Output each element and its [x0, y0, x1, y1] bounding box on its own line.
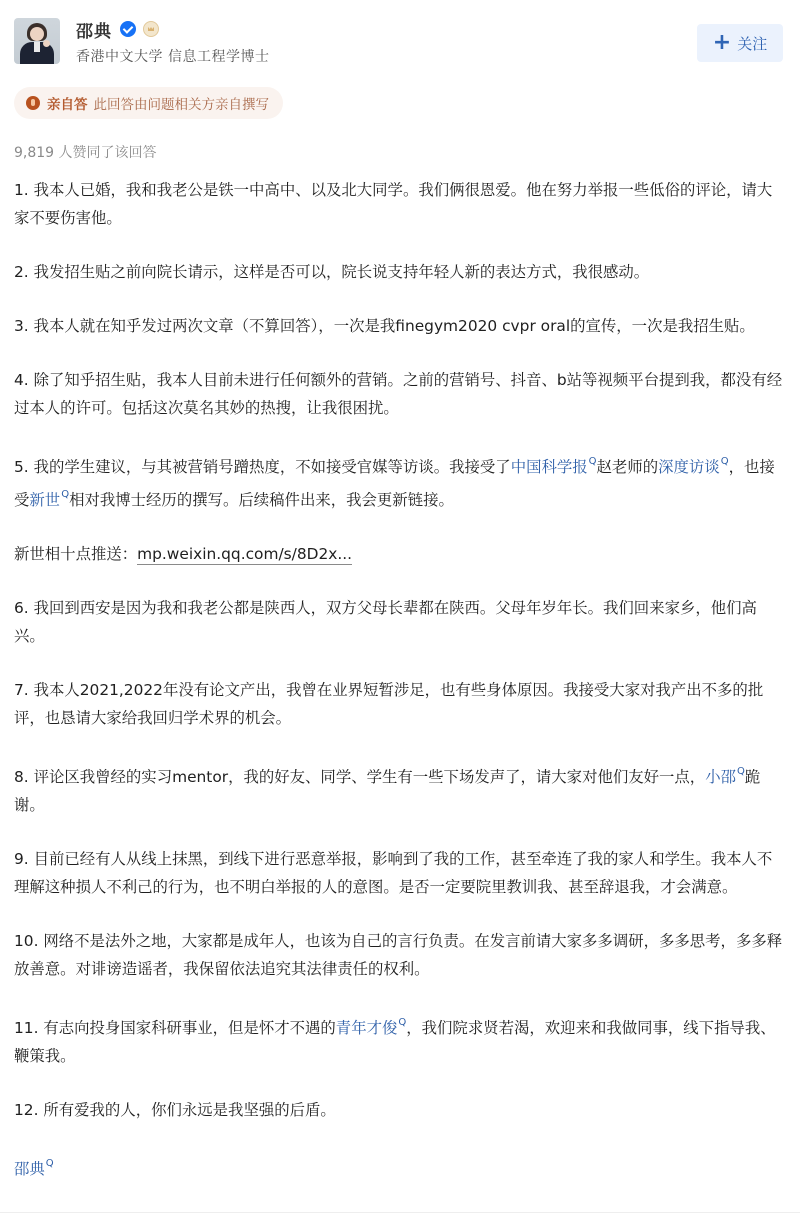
paragraph-2: 2. 我发招生贴之前向院长请示，这样是否可以，院长说支持年轻人新的表达方式，我很…: [14, 258, 786, 286]
link-xiaoshao[interactable]: 小邵Q: [705, 768, 745, 786]
paragraph-7: 7. 我本人2021,2022年没有论文产出，我曾在业界短暂涉足，也有些身体原因…: [14, 676, 786, 732]
paragraph-6: 6. 我回到西安是因为我和我老公都是陕西人，双方父母长辈都在陕西。父母年岁年长。…: [14, 594, 786, 650]
avatar-face: [30, 27, 44, 41]
p11-text-a: 11. 有志向投身国家科研事业，但是怀才不遇的: [14, 1019, 336, 1037]
link-zhongguo-kexuebao[interactable]: 中国科学报Q: [511, 458, 597, 476]
link-xinshi[interactable]: 新世Q: [29, 491, 69, 509]
self-answer-tag: 亲自答: [47, 93, 88, 113]
search-icon: Q: [46, 1158, 54, 1169]
verified-badge-icon: [120, 21, 136, 37]
link-text: 青年才俊: [336, 1019, 398, 1037]
author-headline: 香港中文大学 信息工程学博士: [76, 46, 269, 66]
search-icon: Q: [589, 456, 597, 467]
link-qingnian-caijun[interactable]: 青年才俊Q: [336, 1019, 406, 1037]
link-text: 中国科学报: [511, 458, 588, 476]
link-text: 深度访谈: [658, 458, 720, 476]
crown-badge-icon: [143, 21, 159, 37]
author-name[interactable]: 邵典: [76, 17, 112, 42]
paragraph-9: 9. 目前已经有人从线上抹黑，到线下进行恶意举报，影响到了我的工作，甚至牵连了我…: [14, 845, 786, 901]
paragraph-5: 5. 我的学生建议，与其被营销号蹭热度，不如接受官媒等访谈。我接受了中国科学报Q…: [14, 448, 786, 514]
avatar-hand: [43, 40, 50, 47]
author-header: 邵典 香港中文大学 信息工程学博士: [14, 18, 786, 70]
p5-text-b: 赵老师的: [597, 458, 659, 476]
p8-text-a: 8. 评论区我曾经的实习mentor，我的好友、同学、学生有一些下场发声了，请大…: [14, 768, 705, 786]
link-shendu-fangtan[interactable]: 深度访谈Q: [658, 458, 728, 476]
link-text: 新世: [29, 491, 60, 509]
follow-label: 关注: [737, 33, 767, 54]
p5-text-d: 相对我博士经历的撰写。后续稿件出来，我会更新链接。: [69, 491, 454, 509]
search-icon: Q: [721, 456, 729, 467]
paragraph-1: 1. 我本人已婚，我和我老公是铁一中高中、以及北大同学。我们俩很恩爱。他在努力举…: [14, 176, 786, 232]
link-text: 小邵: [705, 768, 736, 786]
signoff: 邵典Q: [14, 1150, 786, 1183]
follow-button[interactable]: + 关注: [697, 24, 783, 62]
signoff-link[interactable]: 邵典Q: [14, 1160, 54, 1178]
author-name-row: 邵典: [76, 18, 159, 40]
microphone-icon: [26, 96, 40, 110]
vote-count: 9,819 人赞同了该回答: [14, 142, 157, 162]
search-icon: Q: [61, 489, 69, 500]
weixin-url-link[interactable]: mp.weixin.qq.com/s/8D2x...: [137, 545, 352, 565]
paragraph-8: 8. 评论区我曾经的实习mentor，我的好友、同学、学生有一些下场发声了，请大…: [14, 758, 786, 819]
p5-text-a: 5. 我的学生建议，与其被营销号蹭热度，不如接受官媒等访谈。我接受了: [14, 458, 511, 476]
search-icon: Q: [737, 766, 745, 777]
paragraph-12: 12. 所有爱我的人，你们永远是我坚强的后盾。: [14, 1096, 786, 1124]
avatar[interactable]: [14, 18, 60, 64]
paragraph-3: 3. 我本人就在知乎发过两次文章（不算回答），一次是我finegym2020 c…: [14, 312, 786, 340]
self-answer-badge: 亲自答 此回答由问题相关方亲自撰写: [14, 87, 283, 119]
push-label: 新世相十点推送：: [14, 545, 137, 563]
paragraph-4: 4. 除了知乎招生贴，我本人目前未进行任何额外的营销。之前的营销号、抖音、b站等…: [14, 366, 786, 422]
paragraph-5b: 新世相十点推送：mp.weixin.qq.com/s/8D2x...: [14, 540, 786, 568]
avatar-collar: [34, 42, 40, 52]
paragraph-10: 10. 网络不是法外之地，大家都是成年人，也该为自己的言行负责。在发言前请大家多…: [14, 927, 786, 983]
self-answer-description: 此回答由问题相关方亲自撰写: [94, 93, 270, 113]
answer-content: 1. 我本人已婚，我和我老公是铁一中高中、以及北大同学。我们俩很恩爱。他在努力举…: [14, 176, 786, 1209]
plus-icon: +: [713, 32, 731, 54]
signoff-text: 邵典: [14, 1160, 45, 1178]
paragraph-11: 11. 有志向投身国家科研事业，但是怀才不遇的青年才俊Q，我们院求贤若渴，欢迎来…: [14, 1009, 786, 1070]
divider: [0, 1212, 800, 1213]
